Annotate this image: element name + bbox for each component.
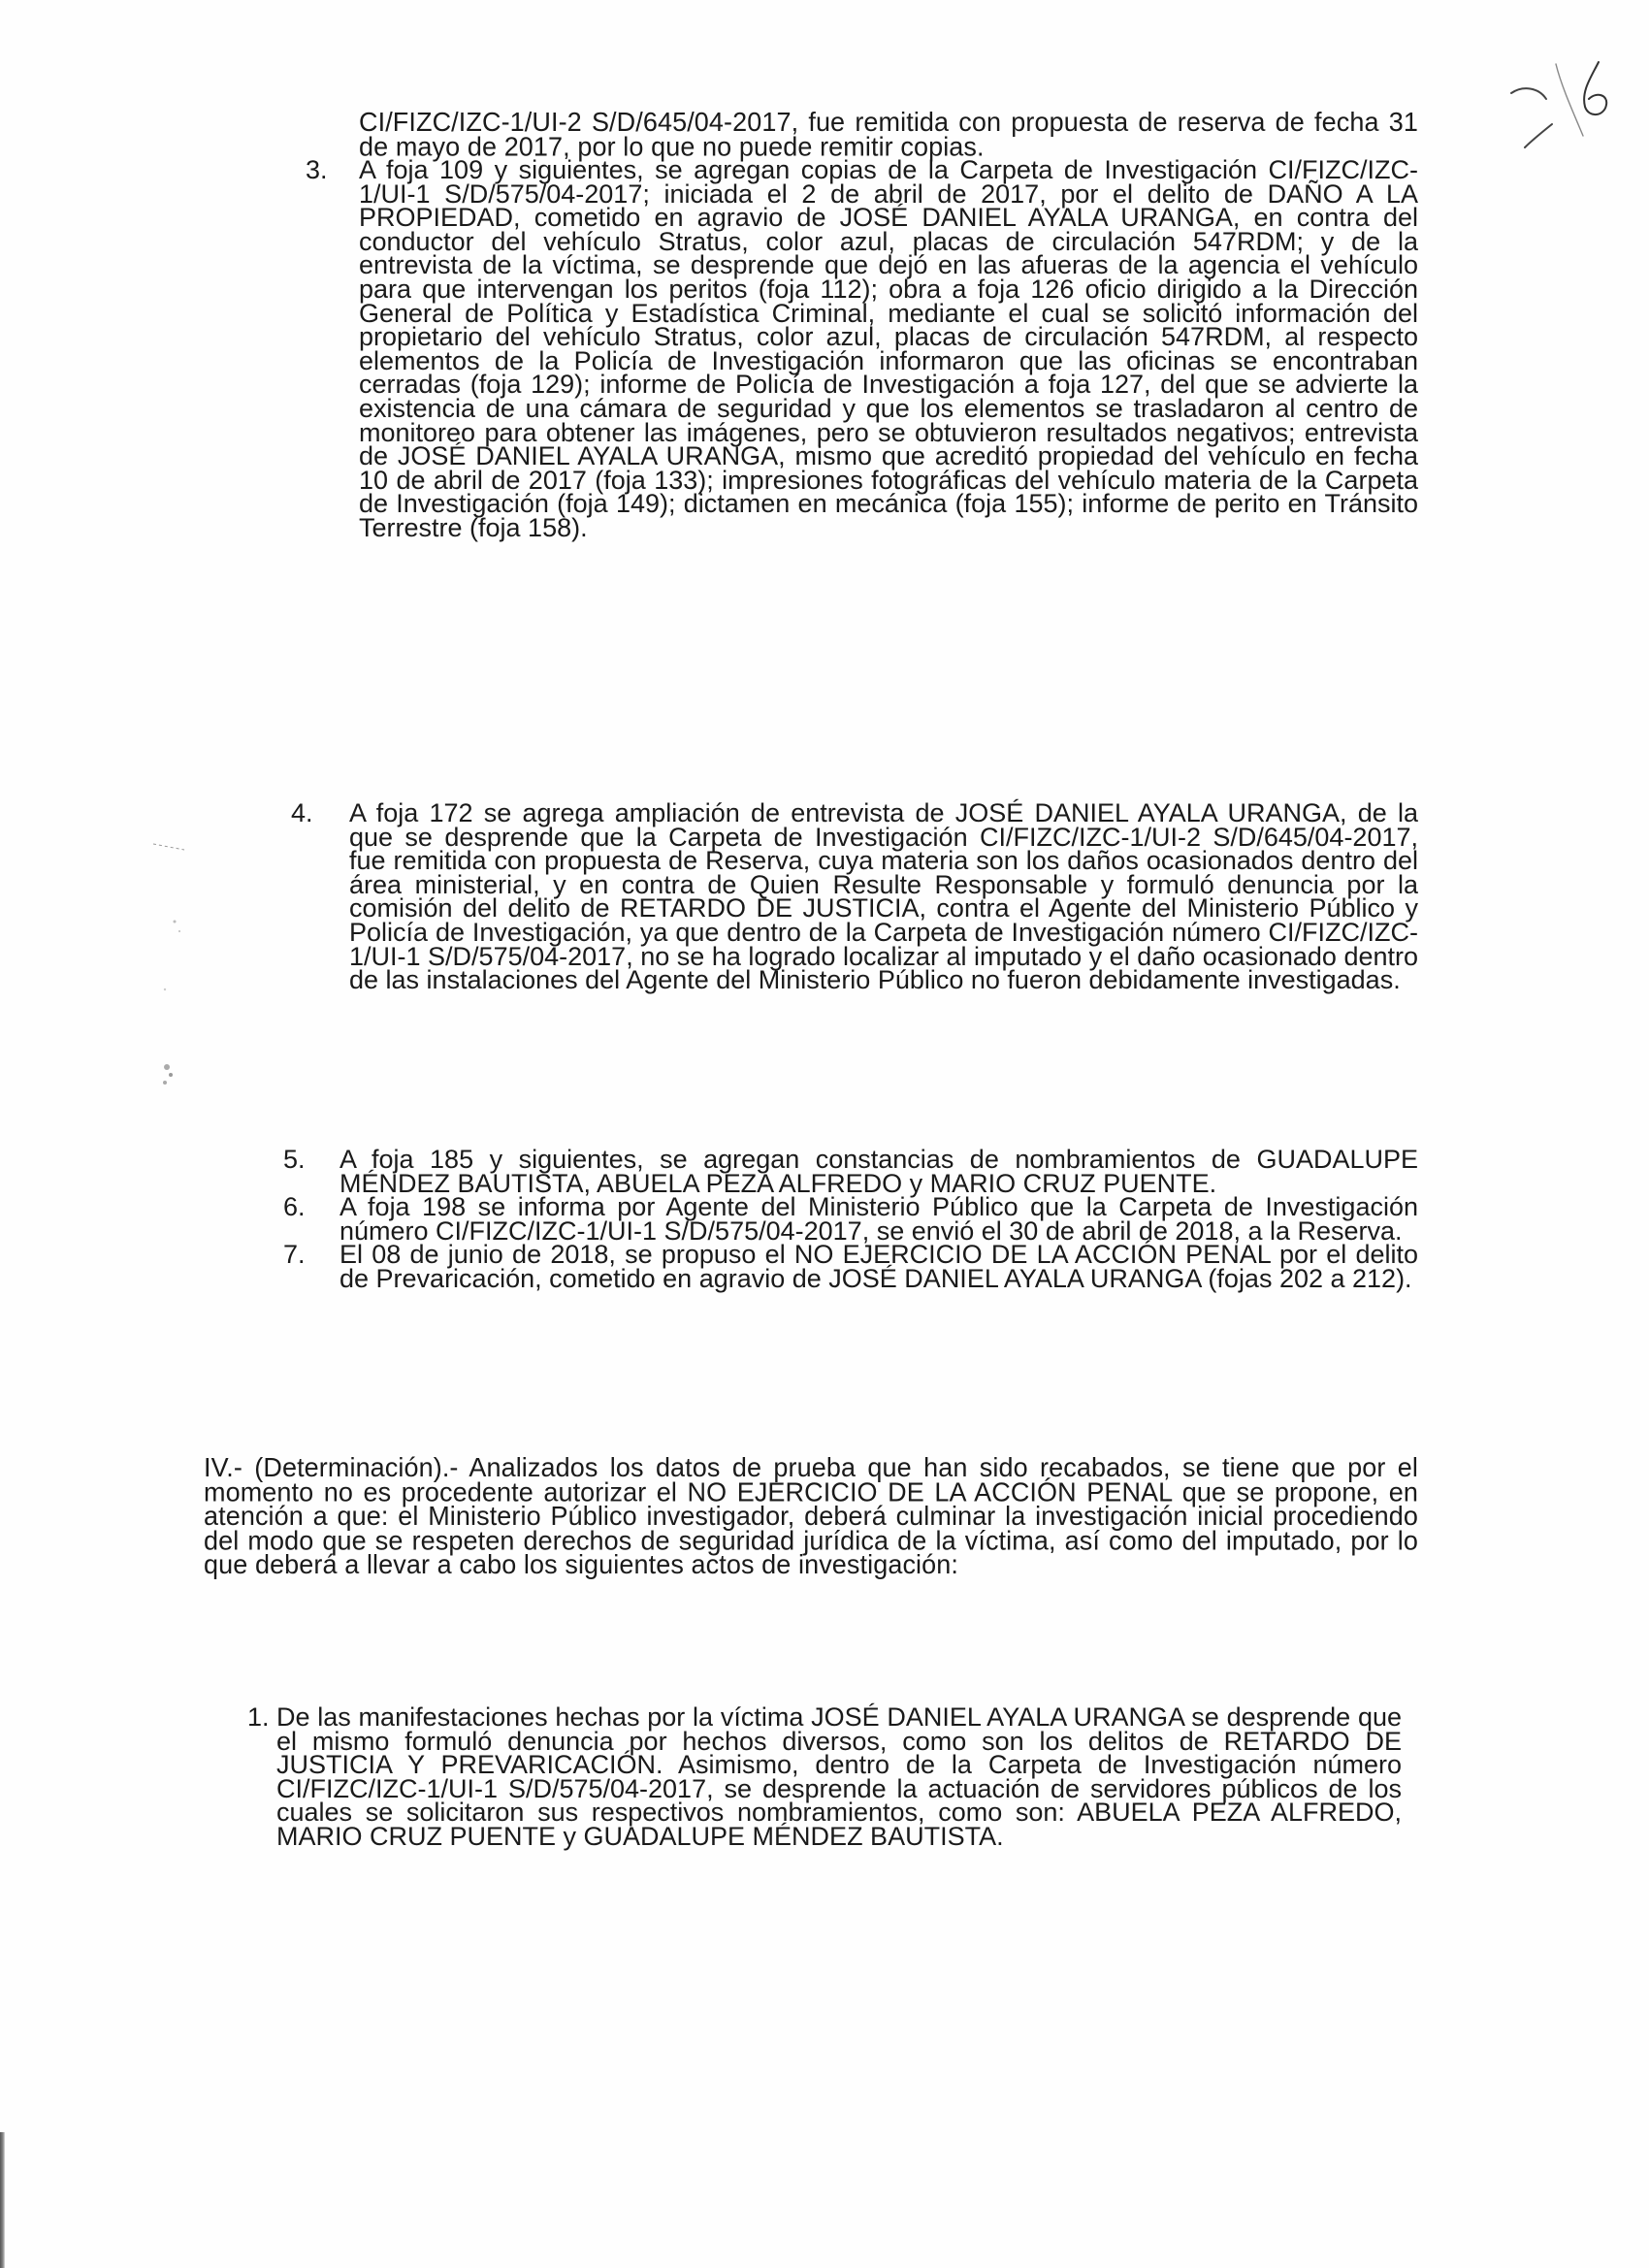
continuation-paragraph: CI/FIZC/IZC-1/UI-2 S/D/645/04-2017, fue … xyxy=(359,111,1418,159)
list-item-4: 4. A foja 172 se agrega ampliación de en… xyxy=(281,801,1418,992)
list-number: 4. xyxy=(291,801,313,826)
list-item-text: De las manifestaciones hechas por la víc… xyxy=(276,1702,1402,1851)
list-number: 1. xyxy=(247,1705,270,1730)
list-number: 3. xyxy=(306,158,328,182)
list-number: 7. xyxy=(283,1243,306,1267)
findings-list-part3: 5. A foja 185 y siguientes, se agregan c… xyxy=(272,1148,1418,1291)
section-iv-determination: IV.- (Determinación).- Analizados los da… xyxy=(204,1456,1418,1577)
list-item-text: A foja 109 y siguientes, se agregan copi… xyxy=(359,155,1418,542)
list-item-3: 3. A foja 109 y siguientes, se agregan c… xyxy=(291,158,1418,540)
findings-list-part2: 4. A foja 172 se agrega ampliación de en… xyxy=(281,801,1418,992)
investigation-acts-list: 1. De las manifestaciones hechas por la … xyxy=(247,1705,1402,1849)
list-item-text: A foja 172 se agrega ampliación de entre… xyxy=(349,798,1418,994)
list-item-7: 7. El 08 de junio de 2018, se propuso el… xyxy=(272,1243,1418,1290)
list-number: 5. xyxy=(283,1148,306,1172)
list-item-6: 6. A foja 198 se informa por Agente del … xyxy=(272,1195,1418,1243)
list-item-text: A foja 185 y siguientes, se agregan cons… xyxy=(339,1145,1418,1198)
scan-edge-shadow xyxy=(0,2132,5,2268)
findings-list-part1: 3. A foja 109 y siguientes, se agregan c… xyxy=(291,158,1418,540)
list-item-5: 5. A foja 185 y siguientes, se agregan c… xyxy=(272,1148,1418,1195)
handwritten-folio-mark-icon xyxy=(1484,58,1620,165)
scanned-page: CI/FIZC/IZC-1/UI-2 S/D/645/04-2017, fue … xyxy=(0,0,1649,2268)
margin-scan-artifacts xyxy=(145,834,242,1096)
list-item-text: El 08 de junio de 2018, se propuso el NO… xyxy=(339,1240,1418,1293)
list-number: 6. xyxy=(283,1195,306,1219)
investigation-act-item-1: 1. De las manifestaciones hechas por la … xyxy=(247,1705,1402,1849)
list-item-text: A foja 198 se informa por Agente del Min… xyxy=(339,1192,1418,1246)
